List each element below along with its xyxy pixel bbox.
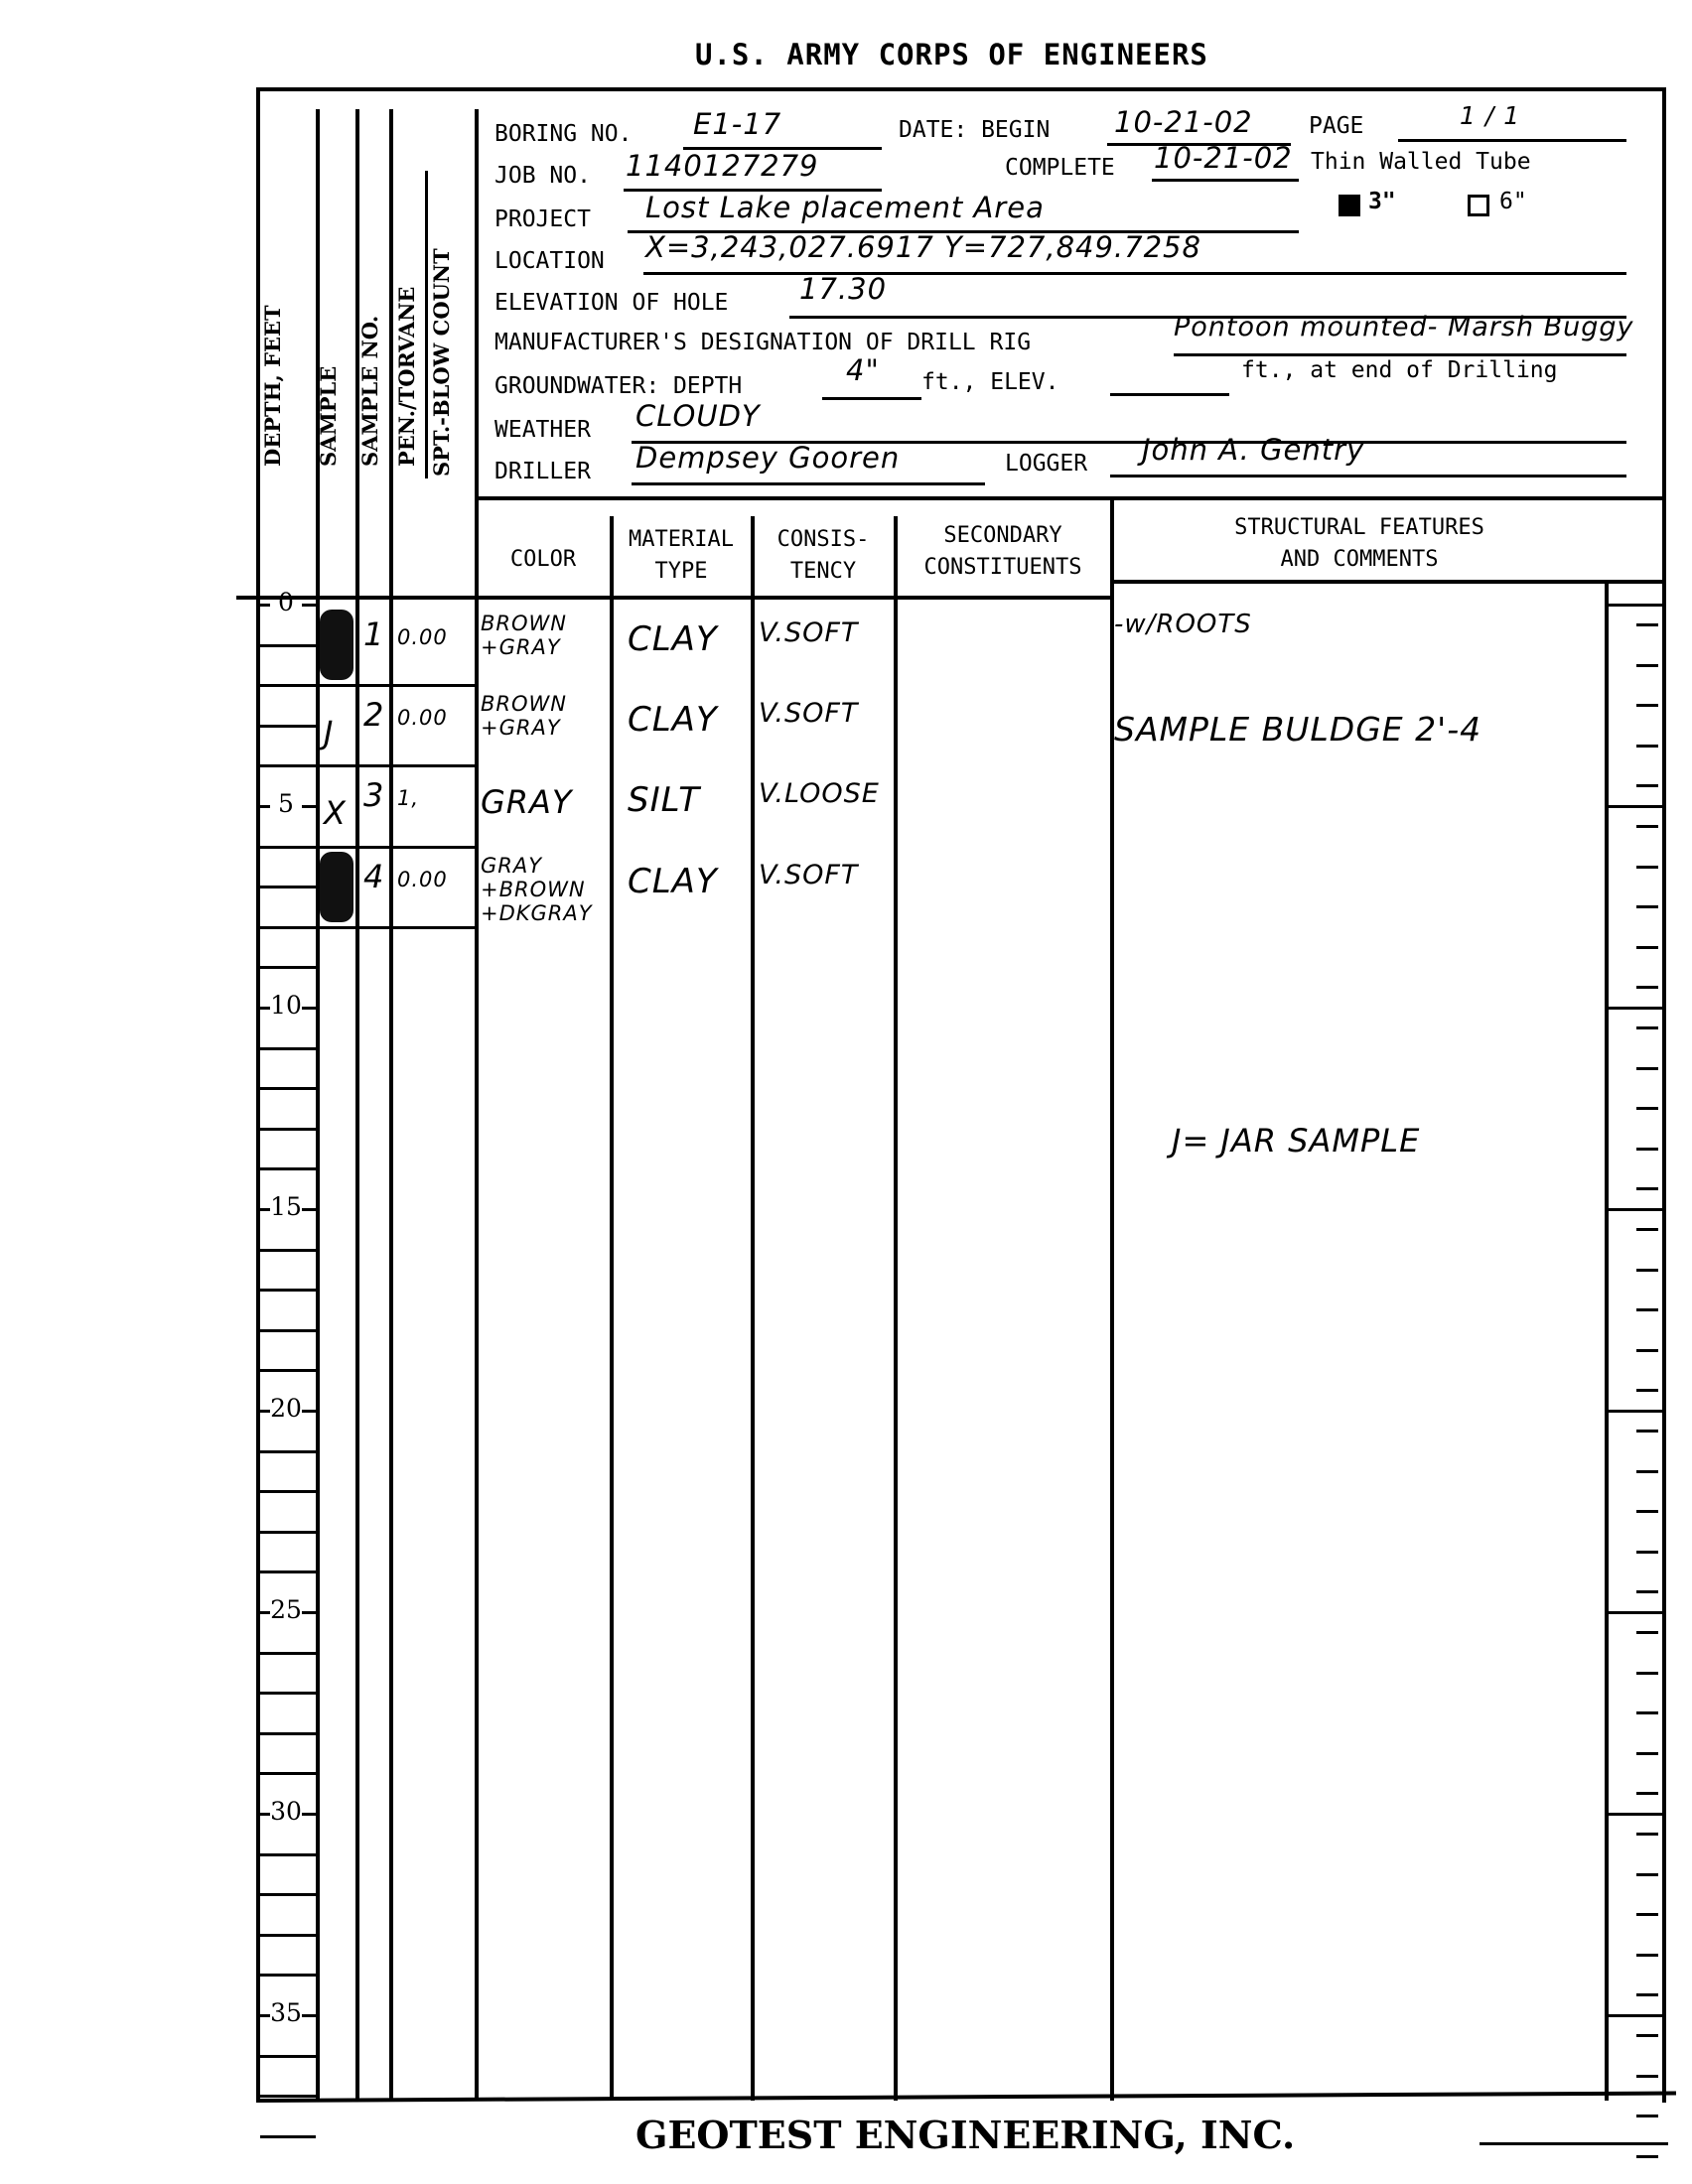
ruler-tick <box>1636 784 1658 787</box>
structural-comment: SAMPLE BULDGE 2'-4 <box>1114 710 1481 749</box>
consistency: V.SOFT <box>759 698 858 729</box>
agency-title: U.S. ARMY CORPS OF ENGINEERS <box>695 38 1208 71</box>
depth-gridline <box>260 1652 316 1655</box>
depth-gridline <box>260 1167 316 1170</box>
material-type: SILT <box>628 780 700 820</box>
depth-gridline <box>260 1692 316 1695</box>
depth-label: 15 <box>246 1192 326 1221</box>
ruler-tick <box>1636 745 1658 748</box>
ruler-tick <box>1636 1470 1658 1473</box>
sample-no-header: SAMPLE NO. <box>357 278 387 467</box>
ruler-tick <box>1636 1913 1658 1916</box>
project-label: PROJECT <box>494 206 591 232</box>
depth-gridline <box>260 1893 316 1896</box>
material-type: CLAY <box>628 619 718 659</box>
ruler-tick <box>1636 1067 1658 1070</box>
logger-label: LOGGER <box>1005 451 1087 477</box>
depth-gridline <box>260 1047 316 1050</box>
ruler-tick <box>1636 866 1658 869</box>
depth-gridline <box>260 1772 316 1775</box>
col-divider-secondary <box>894 516 898 2101</box>
complete-label: COMPLETE <box>1005 155 1115 181</box>
depth-gridline <box>260 1531 316 1534</box>
secondary-header-2: CONSTITUENTS <box>898 552 1108 584</box>
depth-gridline <box>260 725 316 728</box>
ruler-major-line <box>1605 1007 1664 1010</box>
legend-note: J= JAR SAMPLE <box>1172 1122 1420 1160</box>
depth-gridline <box>260 886 316 888</box>
material-type: CLAY <box>628 700 718 740</box>
depth-gridline <box>260 1087 316 1090</box>
depth-gridline <box>260 1249 316 1252</box>
tube-3in-checkbox[interactable] <box>1339 195 1360 216</box>
weather-label: WEATHER <box>494 417 591 443</box>
boring-no-label: BORING NO. <box>494 121 632 147</box>
depth-label: 30 <box>246 1797 326 1826</box>
ruler-tick <box>1636 2075 1658 2078</box>
tube-3in-label: 3" <box>1368 189 1396 214</box>
ruler-major-line <box>1605 1611 1664 1614</box>
date-begin-label: DATE: BEGIN <box>899 117 1050 143</box>
color-header: COLOR <box>479 544 608 576</box>
ruler-tick <box>1636 664 1658 667</box>
soil-color: BROWN+GRAY <box>481 692 567 740</box>
date-begin-value: 10-21-02 <box>1114 105 1253 139</box>
depth-gridline <box>260 1732 316 1735</box>
location-value: X=3,243,027.6917 Y=727,849.7258 <box>645 230 1201 264</box>
elevation-label: ELEVATION OF HOLE <box>494 290 728 316</box>
ruler-tick <box>1636 1228 1658 1231</box>
boring-no-value: E1-17 <box>693 107 781 141</box>
logger-value: John A. Gentry <box>1142 433 1364 467</box>
driller-label: DRILLER <box>494 459 591 484</box>
ruler-tick <box>1636 623 1658 626</box>
depth-gridline <box>260 966 316 969</box>
ruler-tick <box>1636 2155 1658 2158</box>
groundwater-elev-field[interactable] <box>1110 363 1229 396</box>
project-value: Lost Lake placement Area <box>645 191 1045 224</box>
depth-gridline <box>260 644 316 647</box>
sample-row-divider <box>316 846 479 849</box>
material-header-1: MATERIAL <box>614 524 749 556</box>
secondary-header-1: SECONDARY <box>898 520 1108 552</box>
ruler-tick <box>1636 1349 1658 1352</box>
depth-gridline <box>260 846 316 849</box>
column-header-divider <box>236 596 1110 600</box>
tube-6in-checkbox[interactable] <box>1468 195 1489 216</box>
pen-torvane-header: PEN./TORVANE <box>394 248 424 467</box>
date-complete-value: 10-21-02 <box>1154 141 1293 175</box>
structural-header-1: STRUCTURAL FEATURES <box>1114 512 1605 544</box>
page-value: 1 / 1 <box>1460 101 1520 130</box>
undisturbed-sample-marker <box>320 852 353 922</box>
ruler-tick <box>1636 1389 1658 1392</box>
ruler-major-line <box>1605 1410 1664 1413</box>
depth-gridline <box>260 1289 316 1292</box>
sample-row-divider <box>316 926 479 929</box>
sample-number: 2 <box>363 696 384 734</box>
ruler-tick <box>1636 2115 1658 2117</box>
col-divider-color <box>475 109 479 2101</box>
soil-color: BROWN+GRAY <box>481 612 567 659</box>
sample-type-marker: X <box>324 794 347 832</box>
ruler-tick <box>1636 1833 1658 1836</box>
ruler-major-line <box>1605 805 1664 808</box>
depth-gridline <box>260 1853 316 1856</box>
consistency: V.LOOSE <box>759 778 880 809</box>
depth-gridline <box>260 764 316 767</box>
ruler-tick <box>1636 1510 1658 1513</box>
ruler-tick <box>1636 1873 1658 1876</box>
weather-value: CLOUDY <box>635 399 761 433</box>
ruler-tick <box>1636 1954 1658 1957</box>
ruler-major-line <box>1605 1813 1664 1816</box>
sample-number: 4 <box>363 858 384 895</box>
consistency-header-1: CONSIS- <box>755 524 892 556</box>
soil-color: GRAY <box>481 790 572 814</box>
depth-gridline <box>260 1934 316 1937</box>
depth-gridline <box>260 1128 316 1131</box>
ruler-tick <box>1636 1590 1658 1593</box>
driller-value: Dempsey Gooren <box>635 441 900 475</box>
signature-line <box>1480 2142 1668 2145</box>
ruler-tick <box>1636 1551 1658 1554</box>
soil-color: GRAY+BROWN+DKGRAY <box>481 854 593 925</box>
consistency: V.SOFT <box>759 860 858 890</box>
depth-gridline <box>260 1329 316 1332</box>
sample-number: 3 <box>363 776 384 814</box>
depth-gridline <box>260 2135 316 2138</box>
location-label: LOCATION <box>494 248 605 274</box>
ruler-major-line <box>1605 2014 1664 2017</box>
depth-gridline <box>260 2095 316 2098</box>
ruler-tick <box>1636 825 1658 828</box>
structural-header-2: AND COMMENTS <box>1114 544 1605 576</box>
sample-row-divider <box>316 684 479 687</box>
ruler-tick <box>1636 1631 1658 1634</box>
consistency-header-2: TENCY <box>755 556 892 588</box>
job-no-value: 1140127279 <box>626 149 819 183</box>
pen-spt-divider <box>425 171 428 478</box>
depth-gridline <box>260 684 316 687</box>
depth-label: 25 <box>246 1595 326 1624</box>
pen-value: 0.00 <box>397 706 448 730</box>
ruler-tick <box>1636 1107 1658 1110</box>
drill-rig-value: Pontoon mounted- Marsh Buggy <box>1174 312 1634 342</box>
ruler-tick <box>1636 1993 1658 1996</box>
pen-value: 0.00 <box>397 625 448 649</box>
col-divider-consistency <box>751 516 755 2101</box>
page-label: PAGE <box>1309 113 1363 139</box>
ruler-tick <box>1636 1308 1658 1311</box>
ruler-tick <box>1636 1148 1658 1151</box>
depth-gridline <box>260 2055 316 2058</box>
drill-rig-label: MANUFACTURER'S DESIGNATION OF DRILL RIG <box>494 330 1031 355</box>
job-no-label: JOB NO. <box>494 163 591 189</box>
elevation-value: 17.30 <box>799 272 887 306</box>
ruler-tick <box>1636 1711 1658 1714</box>
depth-feet-header: DEPTH, FEET <box>260 228 290 467</box>
ruler-tick <box>1636 1269 1658 1272</box>
undisturbed-sample-marker <box>320 610 353 680</box>
depth-gridline <box>260 1450 316 1453</box>
ruler-tick <box>1636 986 1658 989</box>
ruler-tick <box>1636 905 1658 908</box>
sample-type-marker: J <box>324 714 334 751</box>
ruler-tick <box>1636 704 1658 707</box>
consistency: V.SOFT <box>759 617 858 648</box>
groundwater-depth-value: 4" <box>846 353 880 387</box>
ruler-tick <box>1636 1026 1658 1029</box>
pen-value: 1, <box>397 786 419 810</box>
ruler-major-line <box>1605 604 1664 607</box>
material-header-2: TYPE <box>614 556 749 588</box>
depth-label: 0 <box>246 588 326 616</box>
pen-value: 0.00 <box>397 868 448 891</box>
depth-gridline <box>260 1570 316 1573</box>
depth-gridline <box>260 1974 316 1977</box>
sample-header: SAMPLE <box>316 347 346 467</box>
ruler-tick <box>1636 1752 1658 1755</box>
ruler-tick <box>1636 1672 1658 1675</box>
end-of-drilling-label: ft., at end of Drilling <box>1241 357 1558 383</box>
depth-label: 20 <box>246 1394 326 1423</box>
material-type: CLAY <box>628 862 718 901</box>
ruler-tick <box>1636 1187 1658 1190</box>
right-ruler-divider <box>1605 582 1609 2101</box>
sample-row-divider <box>316 764 479 767</box>
spt-blow-count-header: SPT.-BLOW COUNT <box>429 189 459 477</box>
depth-gridline <box>260 1369 316 1372</box>
depth-gridline <box>260 926 316 929</box>
col-divider-material <box>610 516 614 2101</box>
company-footer: GEOTEST ENGINEERING, INC. <box>635 2113 1295 2157</box>
ruler-tick <box>1636 1430 1658 1433</box>
col-divider-pen <box>389 109 393 2101</box>
ruler-major-line <box>1605 1208 1664 1211</box>
structural-header-divider <box>1110 580 1666 584</box>
tube-label: Thin Walled Tube <box>1311 149 1531 175</box>
tube-6in-label: 6" <box>1499 189 1527 214</box>
depth-gridline <box>260 1490 316 1493</box>
groundwater-depth-label: GROUNDWATER: DEPTH <box>494 373 742 399</box>
depth-label: 5 <box>246 789 326 818</box>
depth-label: 10 <box>246 991 326 1020</box>
ruler-tick <box>1636 1792 1658 1795</box>
header-divider <box>475 496 1666 500</box>
sample-number: 1 <box>363 615 384 653</box>
weather-field[interactable] <box>632 411 1626 444</box>
ruler-tick <box>1636 2034 1658 2037</box>
structural-comment: -w/ROOTS <box>1114 610 1252 639</box>
ft-elev-label: ft., ELEV. <box>921 369 1058 395</box>
depth-label: 35 <box>246 1998 326 2027</box>
ruler-tick <box>1636 946 1658 949</box>
